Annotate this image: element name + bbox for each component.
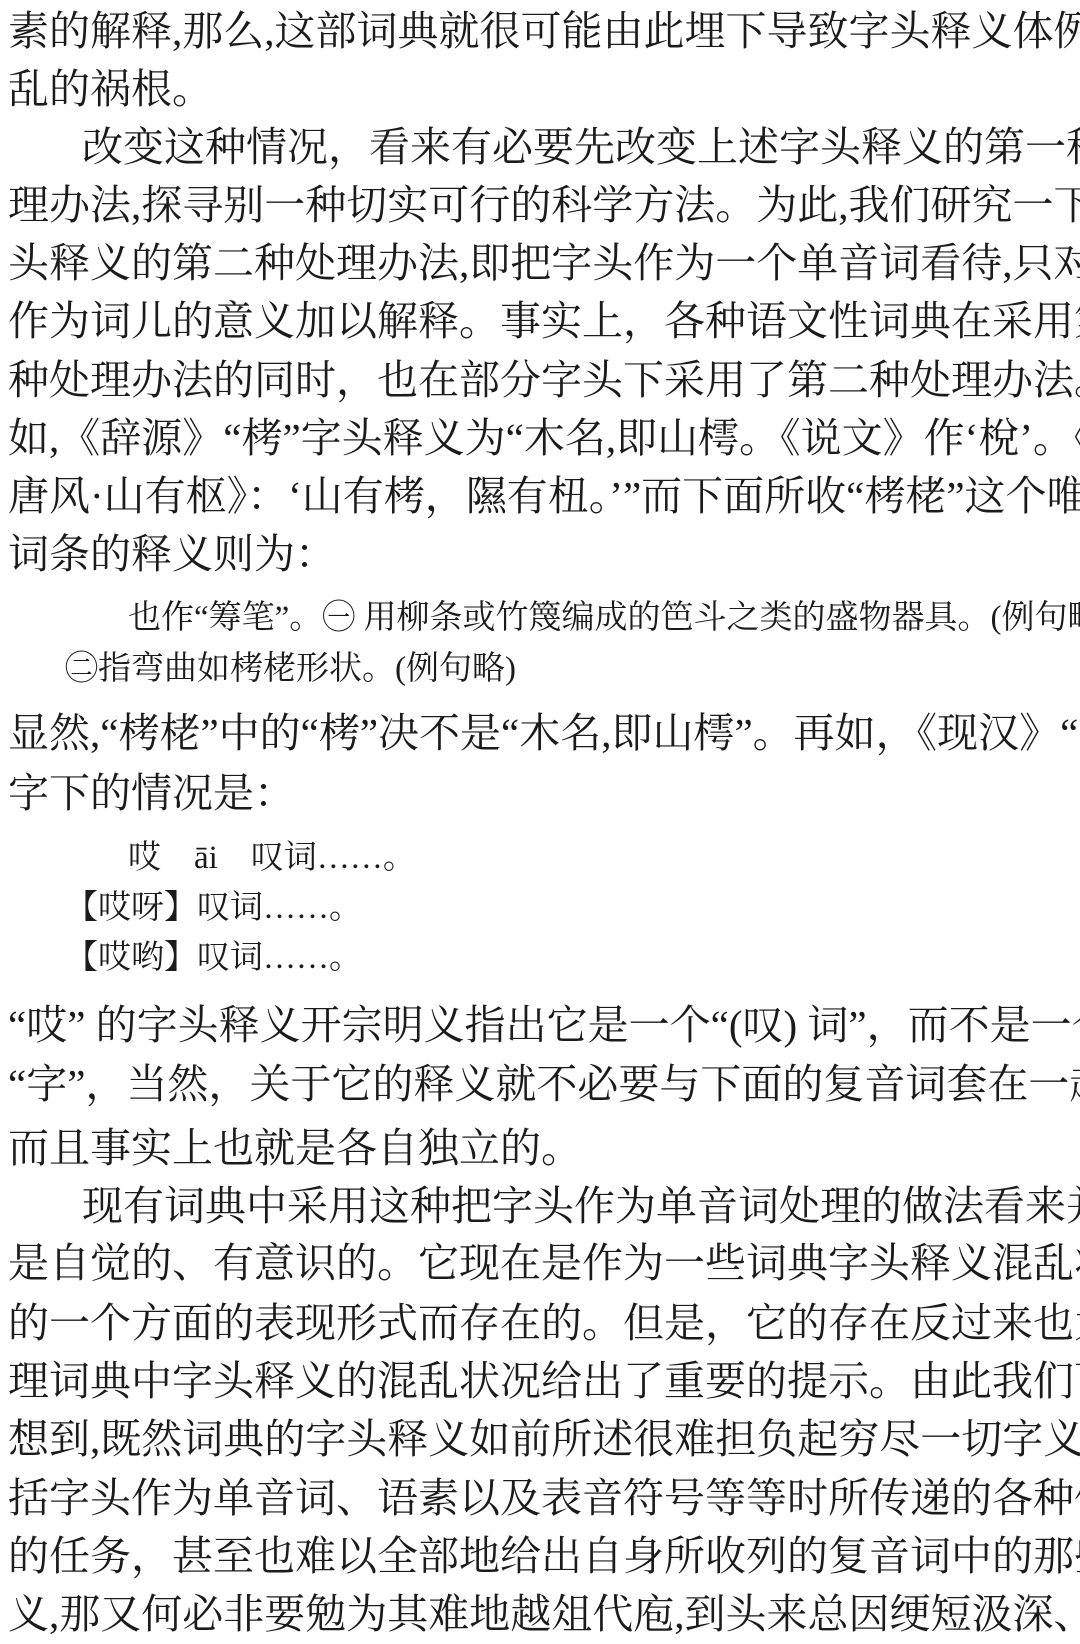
dictionary-quote-line: 也作“筹笔”。㊀ 用柳条或竹篾编成的笆斗之类的盛物器具。(例句略): [128, 600, 1080, 638]
body-text-line: 改变这种情况，看来有必要先改变上述字头释义的第一种处: [82, 124, 1080, 171]
body-text-line: 而且事实上也就是各自独立的。: [8, 1125, 582, 1172]
body-text-line: 唐风·山有枢》：‘山有栲，隰有杻。’”而下面所收“栲栳”这个唯一: [8, 473, 1080, 520]
body-text-line: 种处理办法的同时，也在部分字头下采用了第二种处理办法。例: [8, 357, 1080, 404]
body-text-line: 括字头作为单音词、语素以及表音符号等等时所传递的各种信息): [8, 1475, 1080, 1522]
body-text-line: 词条的释义则为：: [8, 531, 336, 578]
dictionary-quote-line: 【哎呀】叹词……。: [65, 890, 362, 928]
body-text-line: 现有词典中采用这种把字头作为单音词处理的做法看来并不: [82, 1183, 1080, 1230]
body-text-line: “字”，当然，关于它的释义就不必要与下面的复音词套在一起了,: [8, 1061, 1080, 1108]
dictionary-quote-line: 【哎哟】叹词……。: [65, 940, 362, 978]
body-text-line: 作为词儿的意义加以解释。事实上，各种语文性词典在采用第一: [8, 298, 1080, 345]
body-text-line: 义,那又何必非要勉为其难地越俎代庖,到头来总因绠短汲深、力: [8, 1591, 1080, 1638]
body-text-line: 显然,“栲栳”中的“栲”决不是“木名,即山樗”。再如，《现汉》“哎”: [8, 710, 1080, 757]
body-text-line: 乱的祸根。: [8, 66, 213, 113]
body-text-line: 字下的情况是：: [8, 770, 295, 817]
body-text-line: 理办法,探寻别一种切实可行的科学方法。为此,我们研究一下字: [8, 182, 1080, 229]
body-text-line: 理词典中字头释义的混乱状况给出了重要的提示。由此我们可以: [8, 1358, 1080, 1405]
body-text-line: 素的解释,那么,这部词典就很可能由此埋下导致字头释义体例混: [8, 8, 1080, 55]
body-text-line: 头释义的第二种处理办法,即把字头作为一个单音词看待,只对它: [8, 240, 1080, 287]
body-text-line: 的任务，甚至也难以全部地给出自身所收列的复音词中的那些字: [8, 1533, 1080, 1580]
body-text-line: “哎” 的字头释义开宗明义指出它是一个“(叹) 词”，而不是一个: [8, 1002, 1080, 1049]
body-text-line: 是自觉的、有意识的。它现在是作为一些词典字头释义混乱状况: [8, 1240, 1080, 1287]
body-text-line: 如,《辞源》“栲”字头释义为“木名,即山樗。《说文》作‘梲’。《诗·: [8, 415, 1080, 462]
dictionary-quote-line: ㊁指弯曲如栲栳形状。(例句略): [65, 651, 516, 689]
dictionary-quote-line: 哎 āi 叹词……。: [128, 840, 416, 878]
body-text-line: 的一个方面的表现形式而存在的。但是，它的存在反过来也为治: [8, 1300, 1080, 1347]
page: 素的解释,那么,这部词典就很可能由此埋下导致字头释义体例混 乱的祸根。 改变这种…: [0, 0, 1080, 1644]
body-text-line: 想到,既然词典的字头释义如前所述很难担负起穷尽一切字义(包: [8, 1416, 1080, 1463]
